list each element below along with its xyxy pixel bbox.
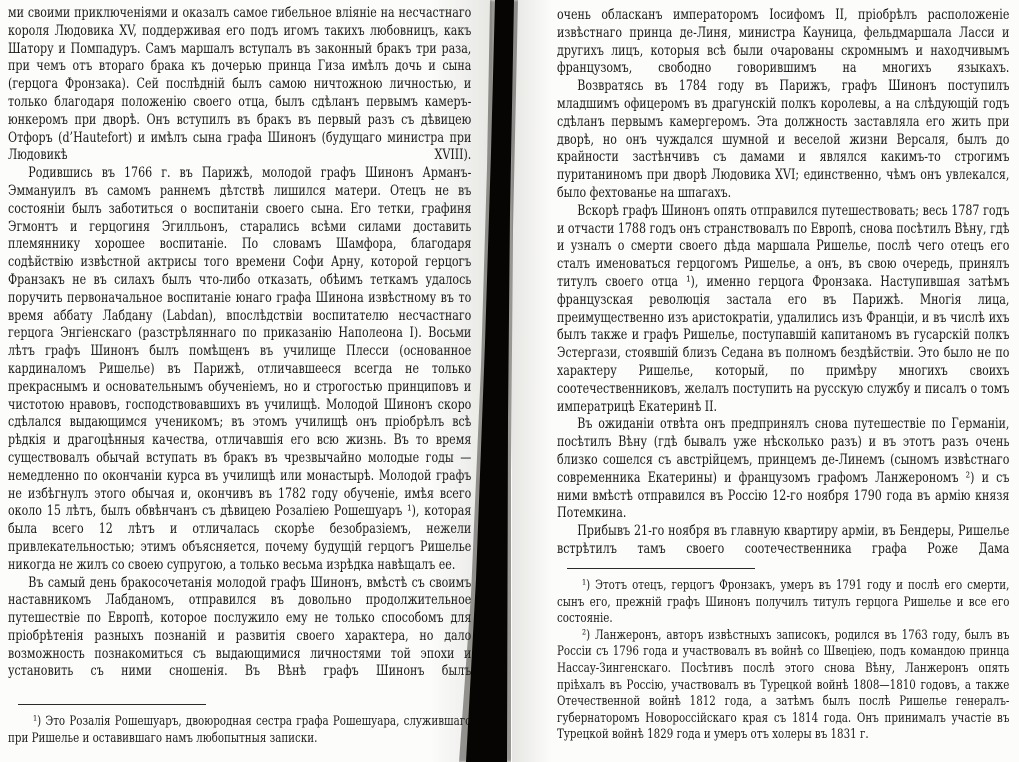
page-left-body-text: ми своими приключеніями и оказалъ самое … xyxy=(8,5,471,711)
footnote-separator-rule xyxy=(18,704,206,705)
body-text-paragraph: очень обласканъ императоромъ Іосифомъ II… xyxy=(557,7,1009,78)
footnote: ²) Ланжеронъ, авторъ извѣстныхъ записокъ… xyxy=(557,628,1009,744)
page-right-footnote-block: ¹) Этотъ отецъ, герцогъ Фронзакъ, умеръ … xyxy=(557,568,1009,744)
body-text-paragraph: Прибывъ 21-го ноября въ главную квартиру… xyxy=(557,523,1009,559)
body-text-paragraph: Родившись въ 1766 г. въ Парижѣ, молодой … xyxy=(8,165,471,574)
body-text-paragraph: Возвратясь въ 1784 году въ Парижъ, графъ… xyxy=(557,78,1009,203)
footnote: ¹) Этотъ отецъ, герцогъ Фронзакъ, умеръ … xyxy=(557,578,1009,628)
body-text-paragraph: Въ самый день бракосочетанія молодой гра… xyxy=(8,575,471,682)
page-right: очень обласканъ императоромъ Іосифомъ II… xyxy=(557,0,1009,762)
body-text-paragraph: Въ ожиданіи отвѣта онъ предпринялъ снова… xyxy=(557,416,1009,523)
footnote: ¹) Это Розалія Рошешуаръ, двоюродная сес… xyxy=(8,714,471,747)
gutter-shade-right xyxy=(512,0,552,762)
page-left: ми своими приключеніями и оказалъ самое … xyxy=(8,0,471,762)
body-text-paragraph: Вскорѣ графъ Шинонъ опять отправился пут… xyxy=(557,203,1009,417)
page-left-footnote-block: ¹) Это Розалія Рошешуаръ, двоюродная сес… xyxy=(8,704,471,747)
footnote-separator-rule xyxy=(567,568,755,569)
body-text-paragraph: ми своими приключеніями и оказалъ самое … xyxy=(8,5,471,165)
page-right-body-text: очень обласканъ императоромъ Іосифомъ II… xyxy=(557,7,1009,567)
book-scan: ми своими приключеніями и оказалъ самое … xyxy=(0,0,1019,762)
